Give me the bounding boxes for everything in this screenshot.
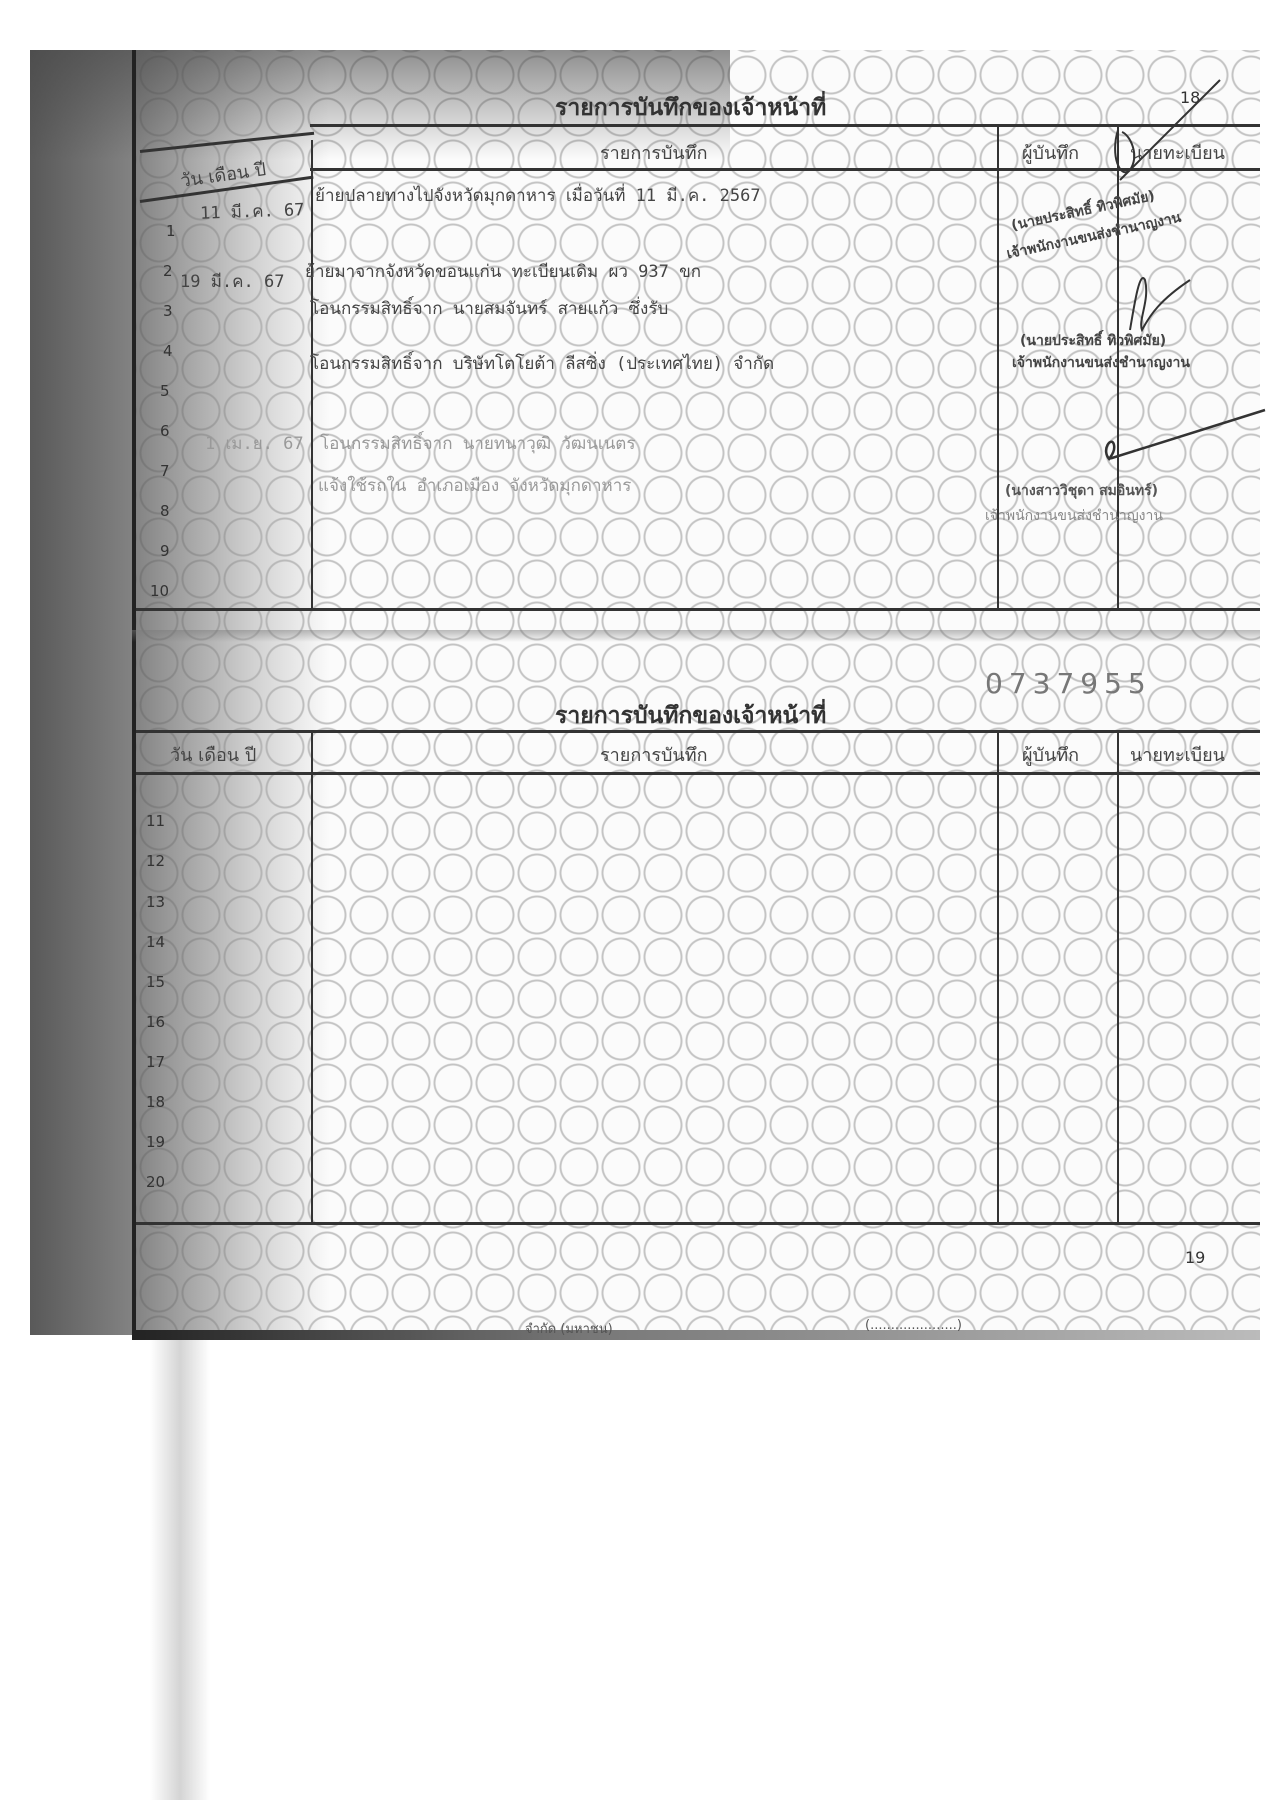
column-divider-date [311,730,313,1222]
header-registrar: นายทะเบียน [1130,740,1225,769]
column-divider-recorder [997,124,999,610]
entry-date: 11 มี.ค. 67 [200,196,305,227]
officer-stamp-name: (นายประสิทธิ์ ทิวพิศมัย) [1020,330,1166,352]
page-19-number: 19 [1185,1248,1205,1267]
row-number: 1 [166,222,176,240]
scanned-document: รายการบันทึกของเจ้าหน้าที่ 18 วัน เดือน … [0,0,1280,1811]
entry-text: ย้ายมาจากจังหวัดขอนแก่น ทะเบียนเดิม ผว 9… [305,258,701,285]
entry-text: โอนกรรมสิทธิ์จาก นายสมจันทร์ สายแก้ว ซึ่… [310,295,668,322]
table-bottom-border [136,1222,1260,1225]
row-number: 5 [160,382,170,400]
row-number: 14 [146,933,165,951]
row-number: 18 [146,1093,165,1111]
table-bottom-border [136,608,1260,611]
entry-text: ย้ายปลายทางไปจังหวัดมุกดาหาร เมื่อวันที่… [315,182,761,209]
row-number: 11 [146,812,165,830]
header-entry: รายการบันทึก [600,138,708,167]
officer-stamp-name: (นางสาววิชุดา สมอินทร์) [1005,480,1158,502]
page-18-title: รายการบันทึกของเจ้าหน้าที่ [555,90,826,126]
row-number: 15 [146,973,165,991]
officer-stamp-title: เจ้าพนักงานขนส่งชำนาญงาน [985,505,1163,527]
row-number: 10 [150,582,169,600]
row-number: 19 [146,1133,165,1151]
scan-streak [150,1340,210,1800]
signature-icon [1120,260,1220,340]
page-19-title: รายการบันทึกของเจ้าหน้าที่ [555,698,826,734]
entry-date: 1 เม.ย. 67 [205,430,304,457]
row-number: 17 [146,1053,165,1071]
signature-icon [1100,400,1270,480]
header-recorder: ผู้บันทึก [1022,138,1079,167]
row-number: 9 [160,542,170,560]
book-serial-number: 0737955 [985,667,1152,700]
column-divider-registrar [1117,730,1119,1222]
row-number: 12 [146,852,165,870]
table-top-border [136,730,1260,733]
footer-bracket: (.....................) [865,1318,962,1333]
scan-shadow [30,50,330,1335]
entry-text: โอนกรรมสิทธิ์จาก บริษัทโตโยต้า ลีสซิ่ง (… [310,350,774,377]
row-number: 4 [163,342,173,360]
row-number: 16 [146,1013,165,1031]
column-divider-recorder [997,730,999,1222]
row-number: 13 [146,893,165,911]
header-entry: รายการบันทึก [600,740,708,769]
row-number: 20 [146,1173,165,1191]
row-number: 8 [160,502,170,520]
entry-date: 19 มี.ค. 67 [180,268,284,295]
page-fold [132,630,1260,642]
header-recorder: ผู้บันทึก [1022,740,1079,769]
officer-stamp-title: เจ้าพนักงานขนส่งชำนาญงาน [1012,352,1190,374]
signature-icon [1100,60,1240,200]
entry-text: แจ้งใช้รถใน อำเภอเมือง จังหวัดมุกดาหาร [318,472,631,499]
book-binding-edge [132,50,136,1335]
row-number: 6 [160,422,170,440]
row-number: 2 [163,262,173,280]
book-bottom-edge [132,1330,1260,1340]
entry-text: โอนกรรมสิทธิ์จาก นายทนาวุฒิ วัฒนเนตร [320,430,635,457]
row-number: 3 [163,302,173,320]
footer-company-fragment: จำกัด (มหาชน) [525,1318,613,1339]
header-date: วัน เดือน ปี [170,740,256,769]
row-number: 7 [160,462,170,480]
header-bottom-border [136,772,1260,775]
